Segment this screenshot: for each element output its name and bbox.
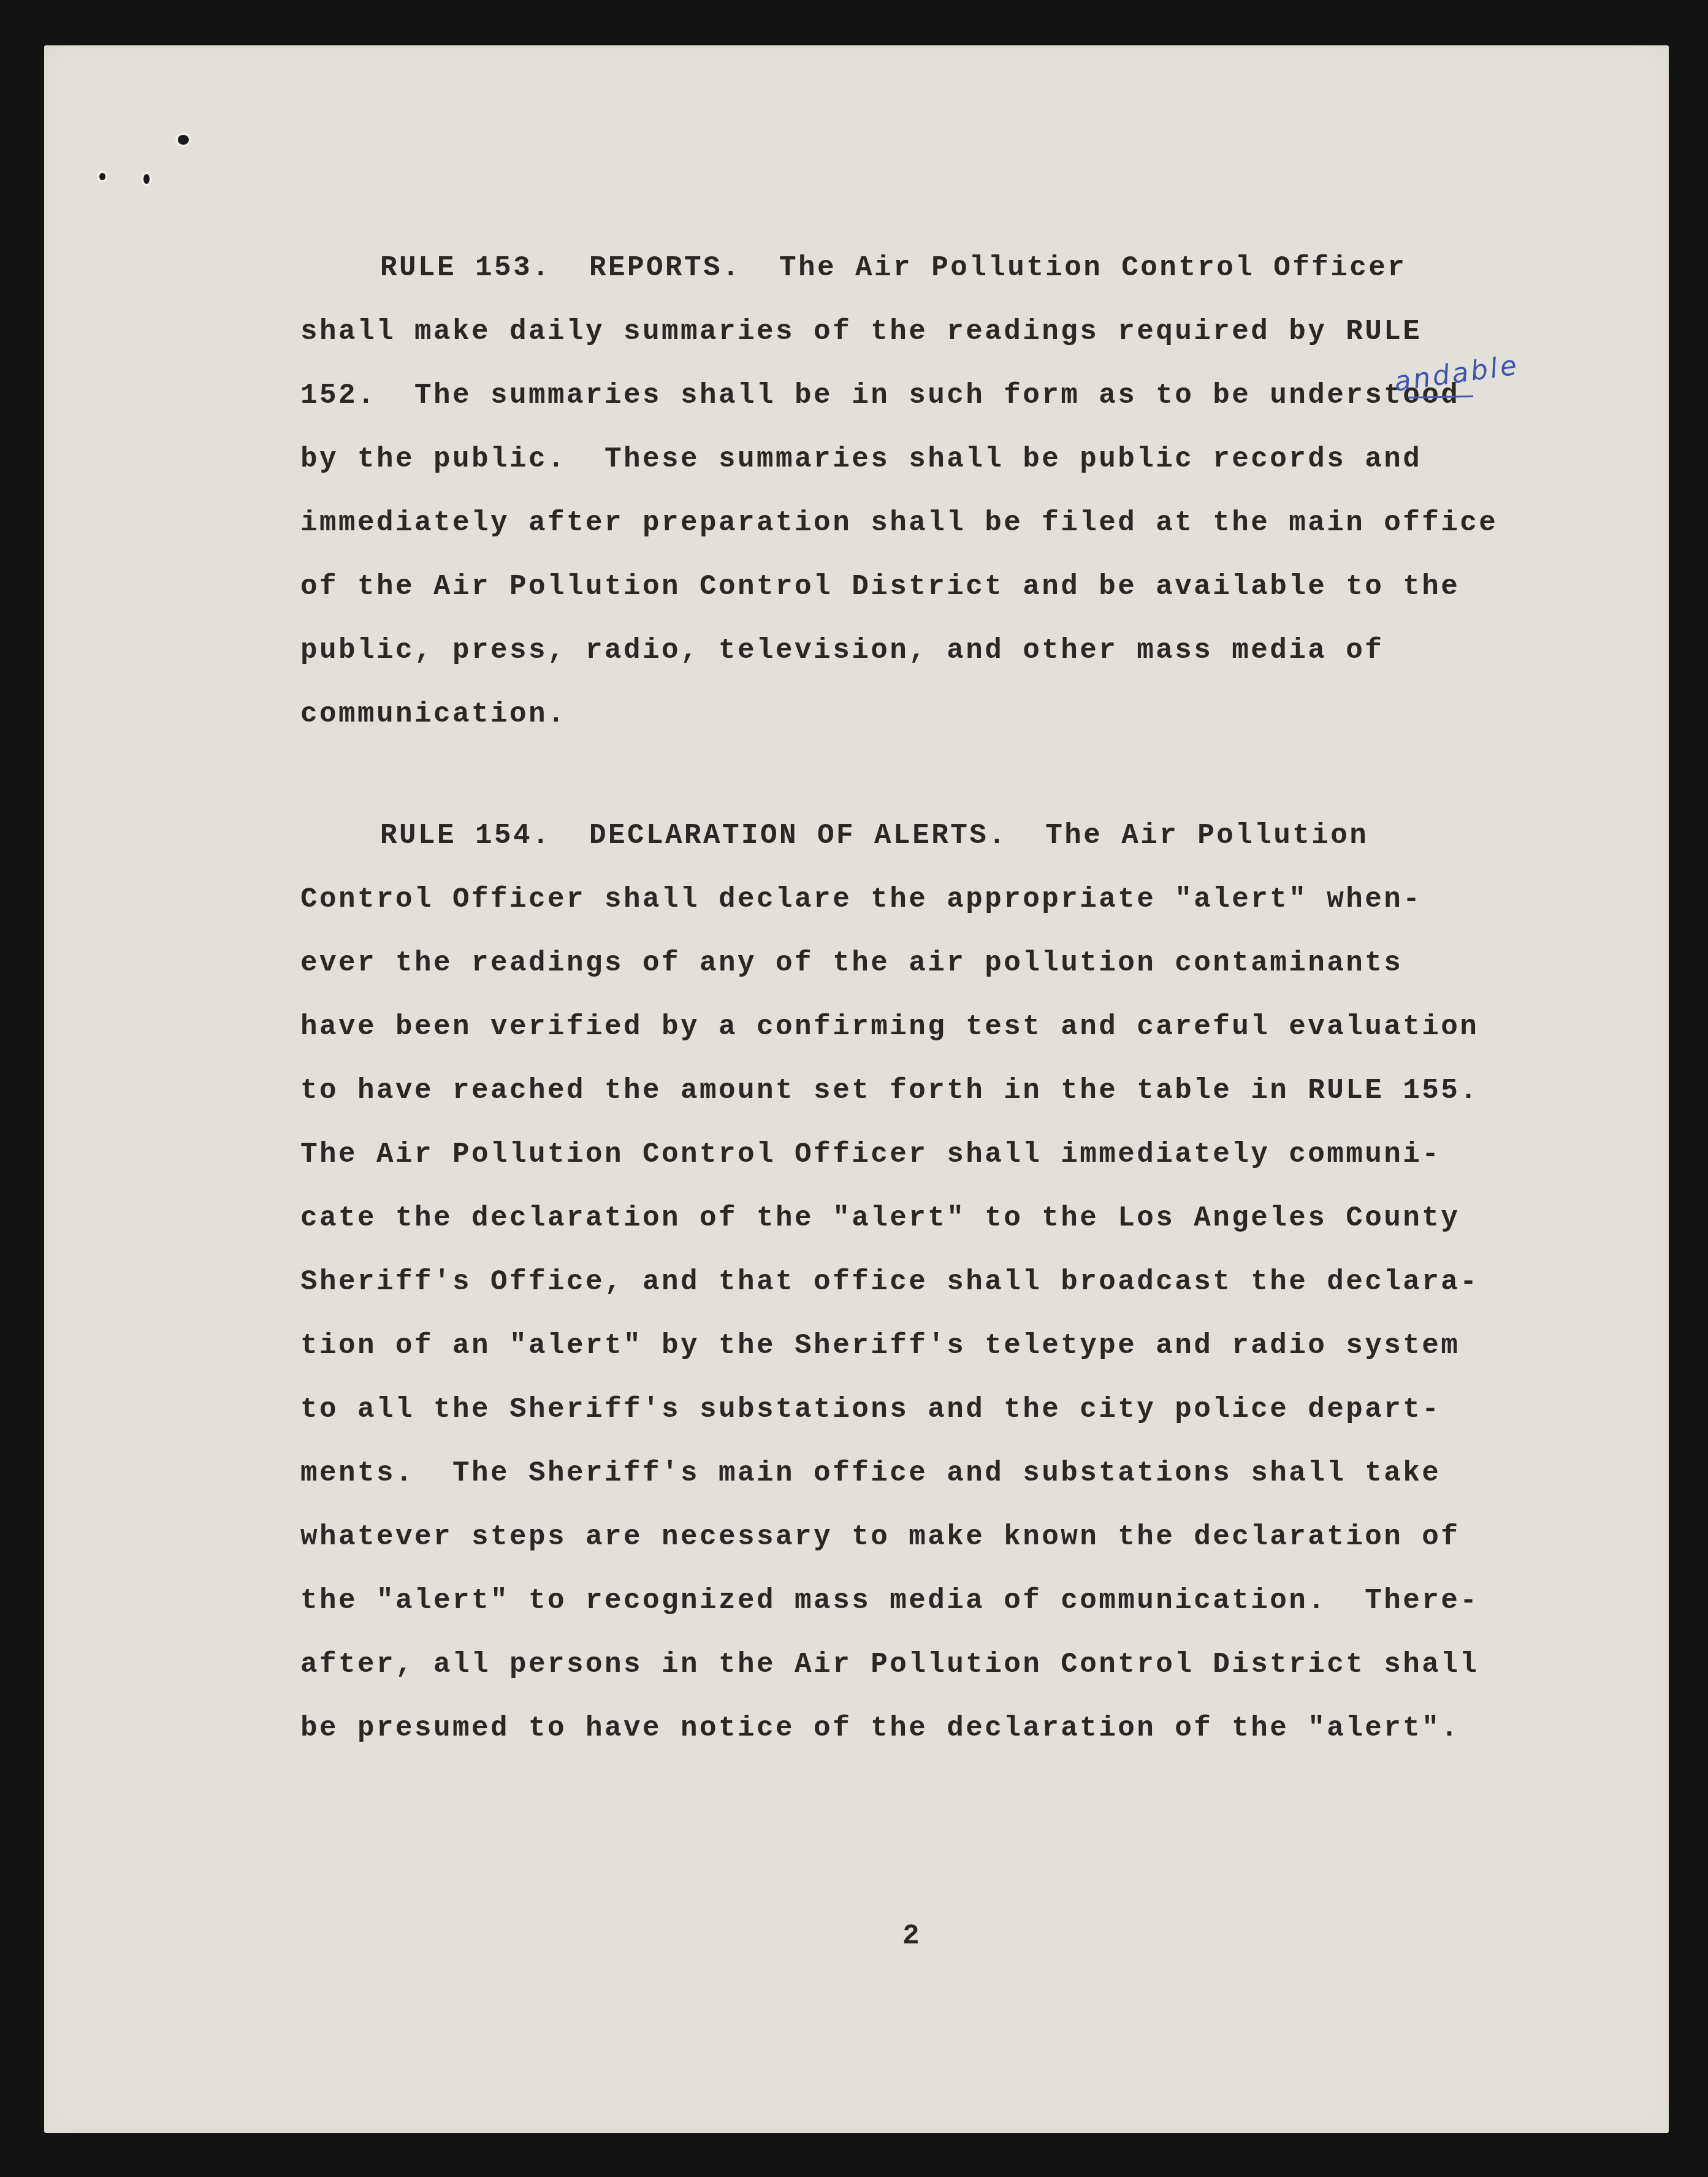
text-line: ever the readings of any of the air poll… [300, 949, 1403, 977]
text-line: the "alert" to recognized mass media of … [300, 1587, 1479, 1615]
text-line-start: 152. The summaries shall be in such form… [300, 379, 1403, 411]
text-line: tion of an "alert" by the Sheriff's tele… [300, 1332, 1460, 1360]
rule-153-heading-line: RULE 153. REPORTS. The Air Pollution Con… [380, 254, 1406, 282]
punch-hole [99, 173, 105, 180]
text-line: by the public. These summaries shall be … [300, 445, 1422, 473]
text-line: of the Air Pollution Control District an… [300, 573, 1460, 601]
text-line: public, press, radio, television, and ot… [300, 636, 1384, 665]
text-line: immediately after preparation shall be f… [300, 509, 1498, 537]
punch-hole [143, 174, 150, 184]
text-line: after, all persons in the Air Pollution … [300, 1650, 1479, 1679]
text-line: ments. The Sheriff's main office and sub… [300, 1459, 1441, 1487]
text-line: Sheriff's Office, and that office shall … [300, 1268, 1479, 1296]
text-line: 152. The summaries shall be in such form… [300, 381, 1460, 410]
punch-hole [178, 135, 189, 145]
text-line: whatever steps are necessary to make kno… [300, 1523, 1460, 1551]
text-line: Control Officer shall declare the approp… [300, 885, 1422, 913]
text-line: The Air Pollution Control Officer shall … [300, 1140, 1441, 1169]
text-line: be presumed to have notice of the declar… [300, 1714, 1460, 1742]
document-page: RULE 153. REPORTS. The Air Pollution Con… [44, 45, 1669, 2133]
text-line: to have reached the amount set forth in … [300, 1077, 1479, 1105]
page-number: 2 [902, 1920, 920, 1952]
text-line: cate the declaration of the "alert" to t… [300, 1204, 1460, 1232]
text-line: shall make daily summaries of the readin… [300, 318, 1422, 346]
text-line: have been verified by a confirming test … [300, 1013, 1479, 1041]
text-line: communication. [300, 700, 566, 728]
rule-154-heading-line: RULE 154. DECLARATION OF ALERTS. The Air… [380, 822, 1368, 850]
text-line: to all the Sheriff's substations and the… [300, 1395, 1441, 1424]
